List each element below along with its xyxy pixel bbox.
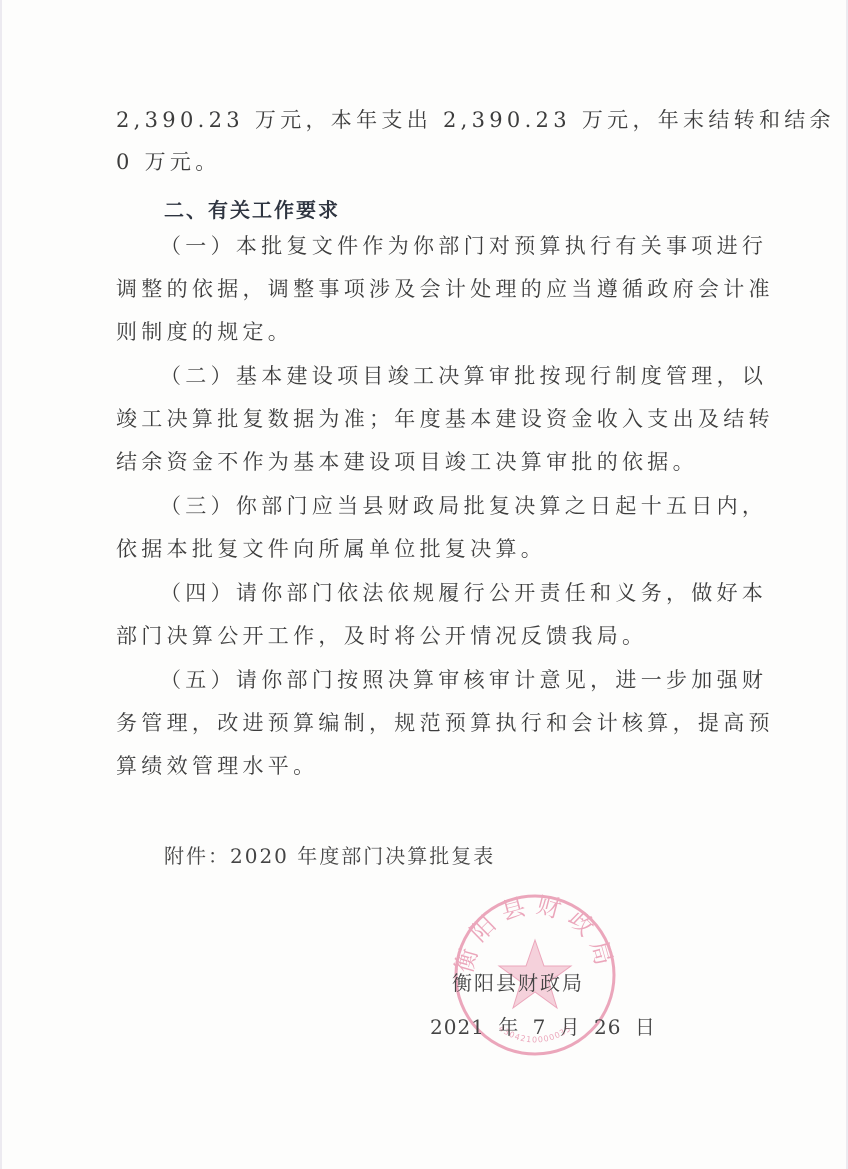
item-1-line-1: （一）本批复文件作为你部门对预算执行有关事项进行 [160,232,700,260]
intro-line-1: 2,390.23 万元，本年支出 2,390.23 万元，年末结转和结余 [116,106,696,134]
section-heading: 二、有关工作要求 [164,194,340,223]
item-5-line-3: 算绩效管理水平。 [116,752,696,780]
item-2-line-3: 结余资金不作为基本建设项目竣工决算审批的依据。 [116,448,696,476]
issue-date: 2021 年 7 月 26 日 [430,1011,656,1040]
item-3-line-2: 依据本批复文件向所属单位批复决算。 [116,535,696,563]
issuing-organization: 衡阳县财政局 [452,967,584,996]
item-4-line-2: 部门决算公开工作，及时将公开情况反馈我局。 [116,622,696,650]
item-1-line-3: 则制度的规定。 [116,318,696,346]
intro-line-2: 0 万元。 [116,148,696,176]
item-4-line-1: （四）请你部门依法依规履行公开责任和义务，做好本 [160,579,700,607]
item-1-line-2: 调整的依据，调整事项涉及会计处理的应当遵循政府会计准 [116,275,696,303]
attachment-note: 附件：2020 年度部门决算批复表 [164,840,495,869]
item-2-line-1: （二）基本建设项目竣工决算审批按现行制度管理，以 [160,362,700,390]
document-page: 2,390.23 万元，本年支出 2,390.23 万元，年末结转和结余 0 万… [0,0,848,1169]
item-3-line-1: （三）你部门应当县财政局批复决算之日起十五日内， [160,492,700,520]
item-5-line-2: 务管理，改进预算编制，规范预算执行和会计核算，提高预 [116,709,696,737]
item-2-line-2: 竣工决算批复数据为准；年度基本建设资金收入支出及结转 [116,405,696,433]
item-5-line-1: （五）请你部门按照决算审核审计意见，进一步加强财 [160,666,700,694]
scan-edge-left [0,0,2,1169]
